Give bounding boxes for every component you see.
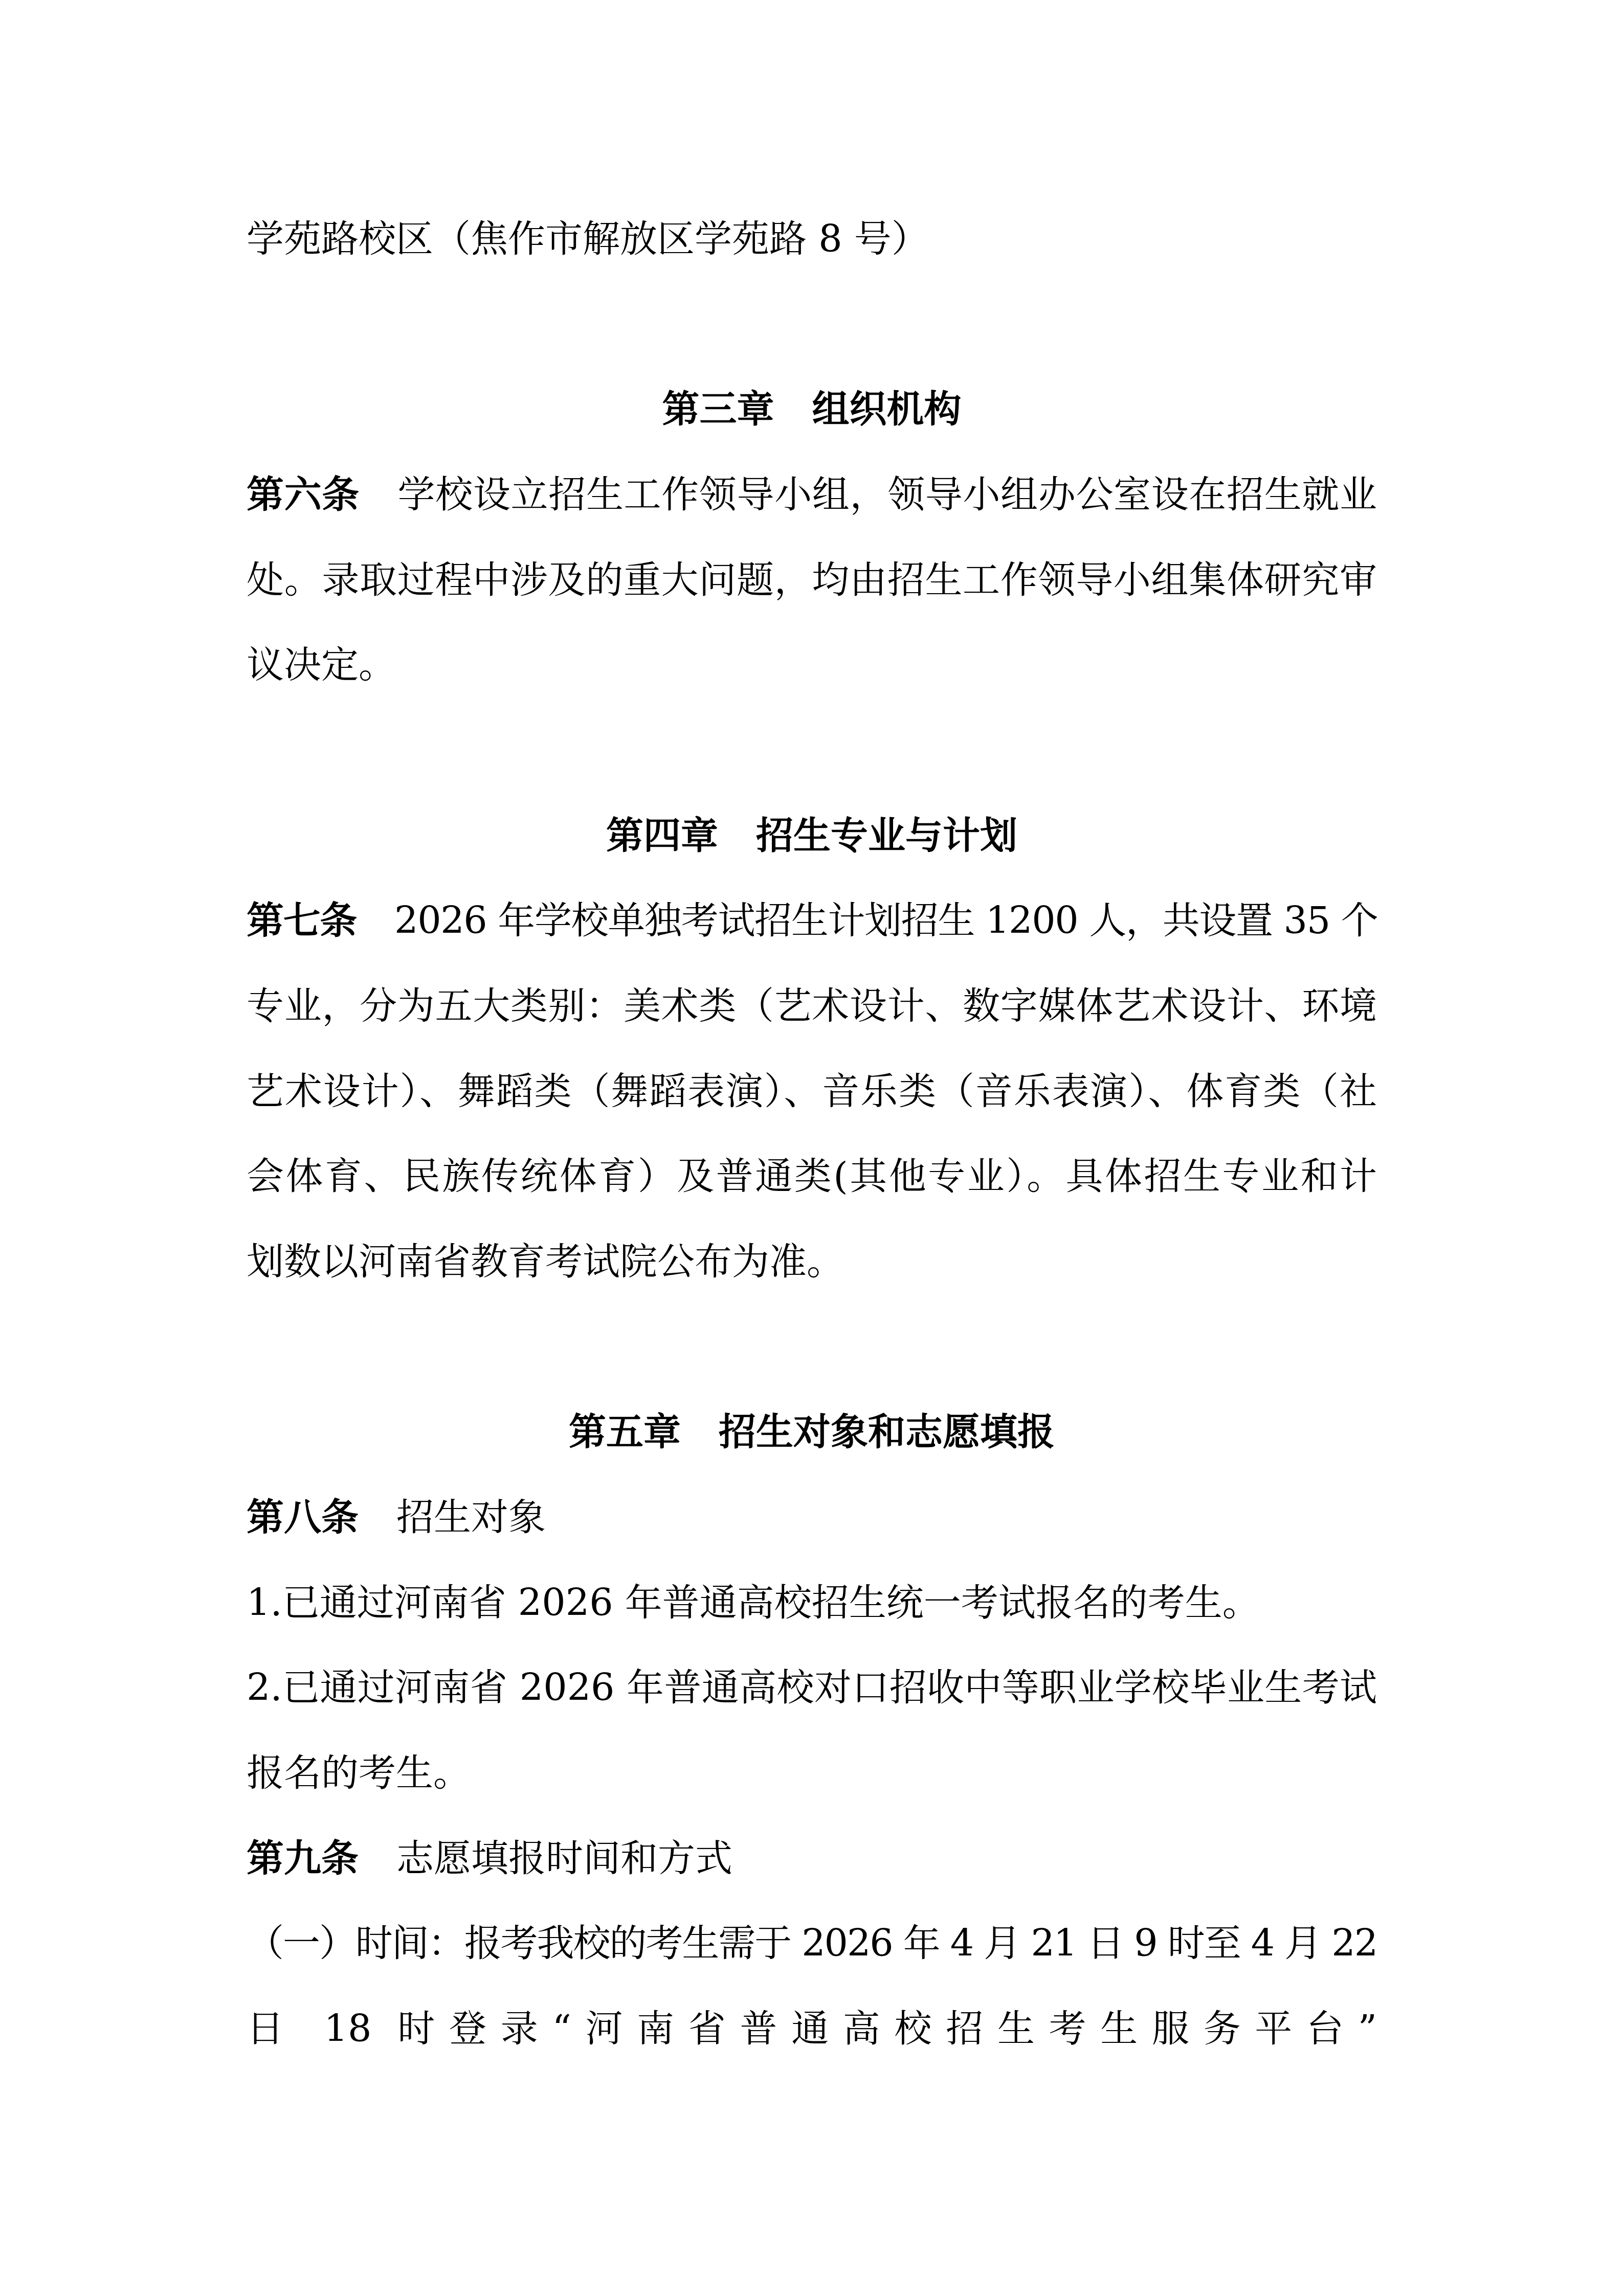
application-time-line-1: （一）时间：报考我校的考生需于 2026 年 4 月 21 日 9 时至 4 月… bbox=[247, 1901, 1377, 1986]
article-label: 第六条 bbox=[247, 473, 360, 516]
article-6-line-1: 第六条学校设立招生工作领导小组，领导小组办公室设在招生就业 bbox=[247, 452, 1377, 537]
article-6-line-2: 处。录取过程中涉及的重大问题，均由招生工作领导小组集体研究审 bbox=[247, 537, 1377, 623]
article-text: 专业，分为五大类别：美术类（艺术设计、数字媒体艺术设计、环境 bbox=[247, 984, 1377, 1028]
chapter-number: 第五章 bbox=[569, 1410, 681, 1454]
chapter-title: 招生专业与计划 bbox=[756, 814, 1017, 858]
eligibility-item-2-line-2: 报名的考生。 bbox=[247, 1730, 1377, 1816]
article-label: 第九条 bbox=[247, 1837, 359, 1880]
chapter-heading-3: 第三章组织机构 bbox=[247, 367, 1377, 452]
list-item-text: 1.已通过河南省 2026 年普通高校招生统一考试报名的考生。 bbox=[247, 1581, 1260, 1625]
list-item-text: 2.已通过河南省 2026 年普通高校对口招收中等职业学校毕业生考试 bbox=[247, 1666, 1377, 1709]
chapter-title: 招生对象和志愿填报 bbox=[719, 1410, 1055, 1454]
article-7-line-1: 第七条2026 年学校单独考试招生计划招生 1200 人，共设置 35 个 bbox=[247, 878, 1377, 963]
list-item-text: 日 18 时登录“河南省普通高校招生考生服务平台” bbox=[247, 2007, 1377, 2051]
article-text: 议决定。 bbox=[247, 643, 396, 687]
chapter-number: 第四章 bbox=[606, 814, 718, 858]
campus-address-line: 学苑路校区（焦作市解放区学苑路 8 号） bbox=[247, 196, 1377, 282]
article-text: 艺术设计）、舞蹈类（舞蹈表演）、音乐类（音乐表演）、体育类（社 bbox=[247, 1070, 1377, 1113]
application-time-line-2: 日 18 时登录“河南省普通高校招生考生服务平台” bbox=[247, 1986, 1377, 2072]
chapter-heading-5: 第五章招生对象和志愿填报 bbox=[247, 1389, 1377, 1475]
article-text: 学校设立招生工作领导小组，领导小组办公室设在招生就业 bbox=[397, 473, 1377, 516]
article-7-line-4: 会体育、民族传统体育）及普通类(其他专业）。具体招生专业和计 bbox=[247, 1134, 1377, 1219]
article-9-line-1: 第九条志愿填报时间和方式 bbox=[247, 1816, 1377, 1901]
article-text: 2026 年学校单独考试招生计划招生 1200 人，共设置 35 个 bbox=[394, 899, 1377, 942]
list-item-text: 报名的考生。 bbox=[247, 1751, 471, 1795]
eligibility-item-1: 1.已通过河南省 2026 年普通高校招生统一考试报名的考生。 bbox=[247, 1560, 1377, 1646]
article-text: 处。录取过程中涉及的重大问题，均由招生工作领导小组集体研究审 bbox=[247, 558, 1377, 602]
list-item-text: （一）时间：报考我校的考生需于 2026 年 4 月 21 日 9 时至 4 月… bbox=[247, 1922, 1377, 1965]
article-8-line-1: 第八条招生对象 bbox=[247, 1475, 1377, 1560]
article-text: 招生对象 bbox=[396, 1496, 546, 1539]
chapter-heading-4: 第四章招生专业与计划 bbox=[247, 793, 1377, 879]
article-7-line-3: 艺术设计）、舞蹈类（舞蹈表演）、音乐类（音乐表演）、体育类（社 bbox=[247, 1049, 1377, 1134]
article-label: 第八条 bbox=[247, 1496, 359, 1539]
article-label: 第七条 bbox=[247, 899, 357, 942]
eligibility-item-2-line-1: 2.已通过河南省 2026 年普通高校对口招收中等职业学校毕业生考试 bbox=[247, 1645, 1377, 1730]
campus-address-text: 学苑路校区（焦作市解放区学苑路 8 号） bbox=[247, 217, 929, 261]
chapter-title: 组织机构 bbox=[812, 388, 962, 431]
article-text: 会体育、民族传统体育）及普通类(其他专业）。具体招生专业和计 bbox=[247, 1155, 1377, 1198]
document-page: 学苑路校区（焦作市解放区学苑路 8 号） 第三章组织机构 第六条学校设立招生工作… bbox=[0, 0, 1624, 2296]
article-6-line-3: 议决定。 bbox=[247, 622, 1377, 708]
chapter-number: 第三章 bbox=[662, 388, 774, 431]
article-text: 划数以河南省教育考试院公布为准。 bbox=[247, 1240, 844, 1284]
article-7-line-5: 划数以河南省教育考试院公布为准。 bbox=[247, 1219, 1377, 1304]
article-7-line-2: 专业，分为五大类别：美术类（艺术设计、数字媒体艺术设计、环境 bbox=[247, 963, 1377, 1049]
article-text: 志愿填报时间和方式 bbox=[396, 1837, 732, 1880]
